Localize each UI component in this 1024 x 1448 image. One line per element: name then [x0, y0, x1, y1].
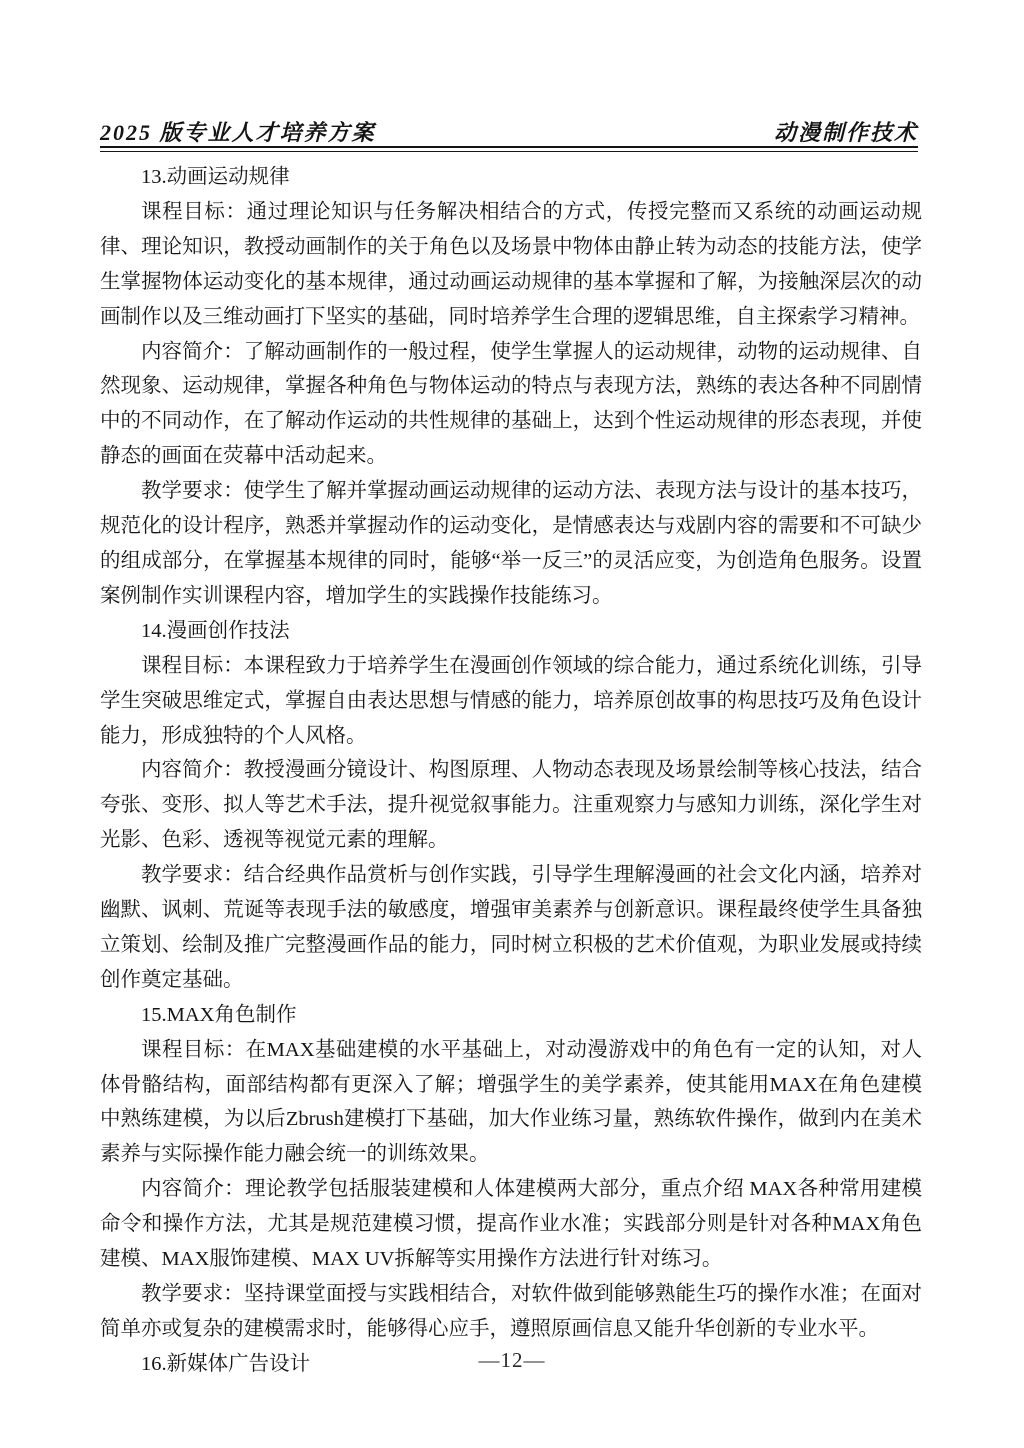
course-section-14: 14.漫画创作技法 课程目标：本课程致力于培养学生在漫画创作领域的综合能力，通过… — [100, 614, 922, 998]
paragraph: 内容简介：理论教学包括服装建模和人体建模两大部分，重点介绍 MAX各种常用建模命… — [100, 1172, 922, 1277]
course-section-13: 13.动画运动规律 课程目标：通过理论知识与任务解决相结合的方式，传授完整而又系… — [100, 160, 922, 614]
course-section-15: 15.MAX角色制作 课程目标：在MAX基础建模的水平基础上，对动漫游戏中的角色… — [100, 998, 922, 1347]
page-header: 2025 版专业人才培养方案 动漫制作技术 — [100, 116, 918, 147]
section-title: 13.动画运动规律 — [100, 160, 922, 195]
paragraph: 教学要求：结合经典作品赏析与创作实践，引导学生理解漫画的社会文化内涵，培养对幽默… — [100, 858, 922, 998]
page-number: —12— — [479, 1348, 546, 1372]
section-title: 14.漫画创作技法 — [100, 614, 922, 649]
paragraph: 内容简介：了解动画制作的一般过程，使学生掌握人的运动规律，动物的运动规律、自然现… — [100, 335, 922, 475]
paragraph: 课程目标：通过理论知识与任务解决相结合的方式，传授完整而又系统的动画运动规律、理… — [100, 195, 922, 335]
header-right-title: 动漫制作技术 — [774, 116, 918, 147]
paragraph: 课程目标：本课程致力于培养学生在漫画创作领域的综合能力，通过系统化训练，引导学生… — [100, 649, 922, 754]
paragraph: 教学要求：使学生了解并掌握动画运动规律的运动方法、表现方法与设计的基本技巧，规范… — [100, 474, 922, 614]
paragraph: 内容简介：教授漫画分镜设计、构图原理、人物动态表现及场景绘制等核心技法，结合夸张… — [100, 753, 922, 858]
document-body: 13.动画运动规律 课程目标：通过理论知识与任务解决相结合的方式，传授完整而又系… — [100, 160, 922, 1382]
document-page: 2025 版专业人才培养方案 动漫制作技术 13.动画运动规律 课程目标：通过理… — [0, 0, 1024, 1448]
section-title: 15.MAX角色制作 — [100, 998, 922, 1033]
paragraph: 课程目标：在MAX基础建模的水平基础上，对动漫游戏中的角色有一定的认知，对人体骨… — [100, 1033, 922, 1173]
page-footer: —12— — [0, 1348, 1024, 1373]
header-left-title: 2025 版专业人才培养方案 — [100, 116, 376, 147]
paragraph: 教学要求：坚持课堂面授与实践相结合，对软件做到能够熟能生巧的操作水准；在面对简单… — [100, 1277, 922, 1347]
header-double-rule — [100, 146, 918, 152]
